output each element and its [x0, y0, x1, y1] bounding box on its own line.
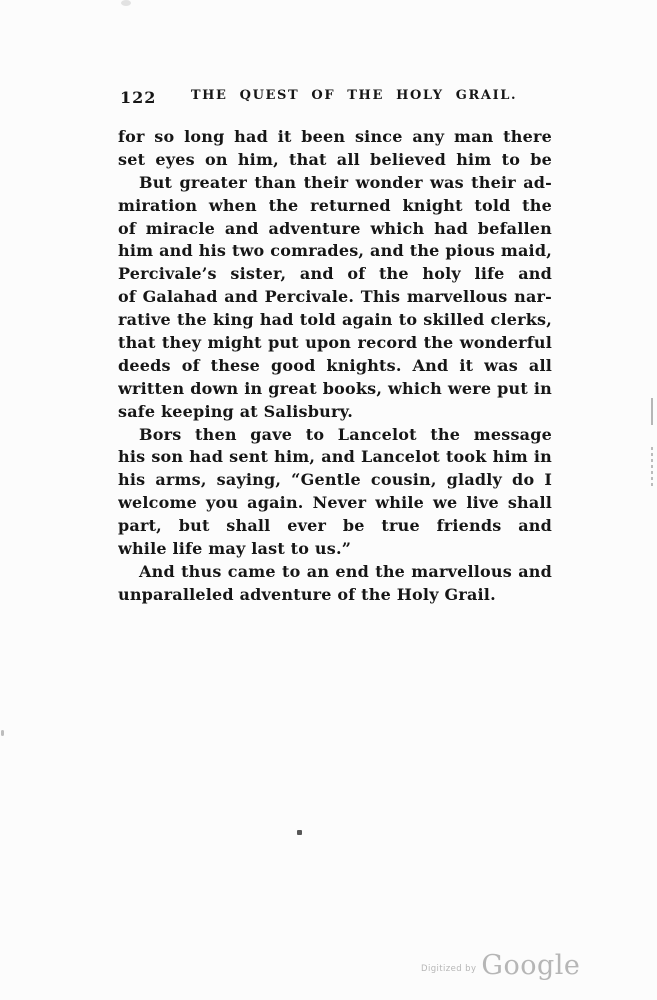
- text-line: of Galahad and Percivale. This marvellou…: [118, 286, 552, 309]
- text-line: safe keeping at Salisbury.: [118, 401, 552, 424]
- text-line: part, but shall ever be true friends and…: [118, 515, 552, 538]
- text-line: of miracle and adventure which had befal…: [118, 218, 552, 241]
- text-line: deeds of these good knights. And it was …: [118, 355, 552, 378]
- page-number: 122: [120, 88, 156, 107]
- text-line: rative the king had told again to skille…: [118, 309, 552, 332]
- text-line: Percivale’s sister, and of the holy life…: [118, 263, 552, 286]
- text-line: miration when the returned knight told t…: [118, 195, 552, 218]
- book-page: 122 THE QUEST OF THE HOLY GRAIL. for so …: [0, 0, 657, 1000]
- page-header: 122 THE QUEST OF THE HOLY GRAIL.: [118, 88, 552, 112]
- scan-artifact-left-speck: [1, 730, 4, 736]
- body-text: for so long had it been since any man th…: [118, 126, 552, 607]
- text-line: set eyes on him, that all believed him t…: [118, 149, 552, 172]
- text-line: And thus came to an end the marvellous a…: [118, 561, 552, 584]
- watermark-prefix: Digitized by: [421, 964, 476, 974]
- google-logo: Google: [481, 950, 580, 981]
- text-line: while life may last to us.”: [118, 538, 552, 561]
- text-line: Bors then gave to Lancelot the message w…: [118, 424, 552, 447]
- text-line: him and his two comrades, and the pious …: [118, 240, 552, 263]
- running-title: THE QUEST OF THE HOLY GRAIL.: [118, 88, 552, 103]
- scan-artifact-edge-line-dashed: [651, 447, 653, 488]
- text-line: unparalleled adventure of the Holy Grail…: [118, 584, 552, 607]
- text-line: his arms, saying, “Gentle cousin, gladly…: [118, 469, 552, 492]
- text-line: written down in great books, which were …: [118, 378, 552, 401]
- text-line: his son had sent him, and Lancelot took …: [118, 446, 552, 469]
- text-line: that they might put upon record the wond…: [118, 332, 552, 355]
- scan-artifact-top-smudge: [121, 0, 131, 6]
- text-line: welcome you again. Never while we live s…: [118, 492, 552, 515]
- text-line: But greater than their wonder was their …: [118, 172, 552, 195]
- scan-artifact-ink-dot: [297, 830, 302, 835]
- text-line: for so long had it been since any man th…: [118, 126, 552, 149]
- watermark: Digitized by Google: [421, 944, 621, 986]
- scan-artifact-edge-line: [651, 398, 653, 425]
